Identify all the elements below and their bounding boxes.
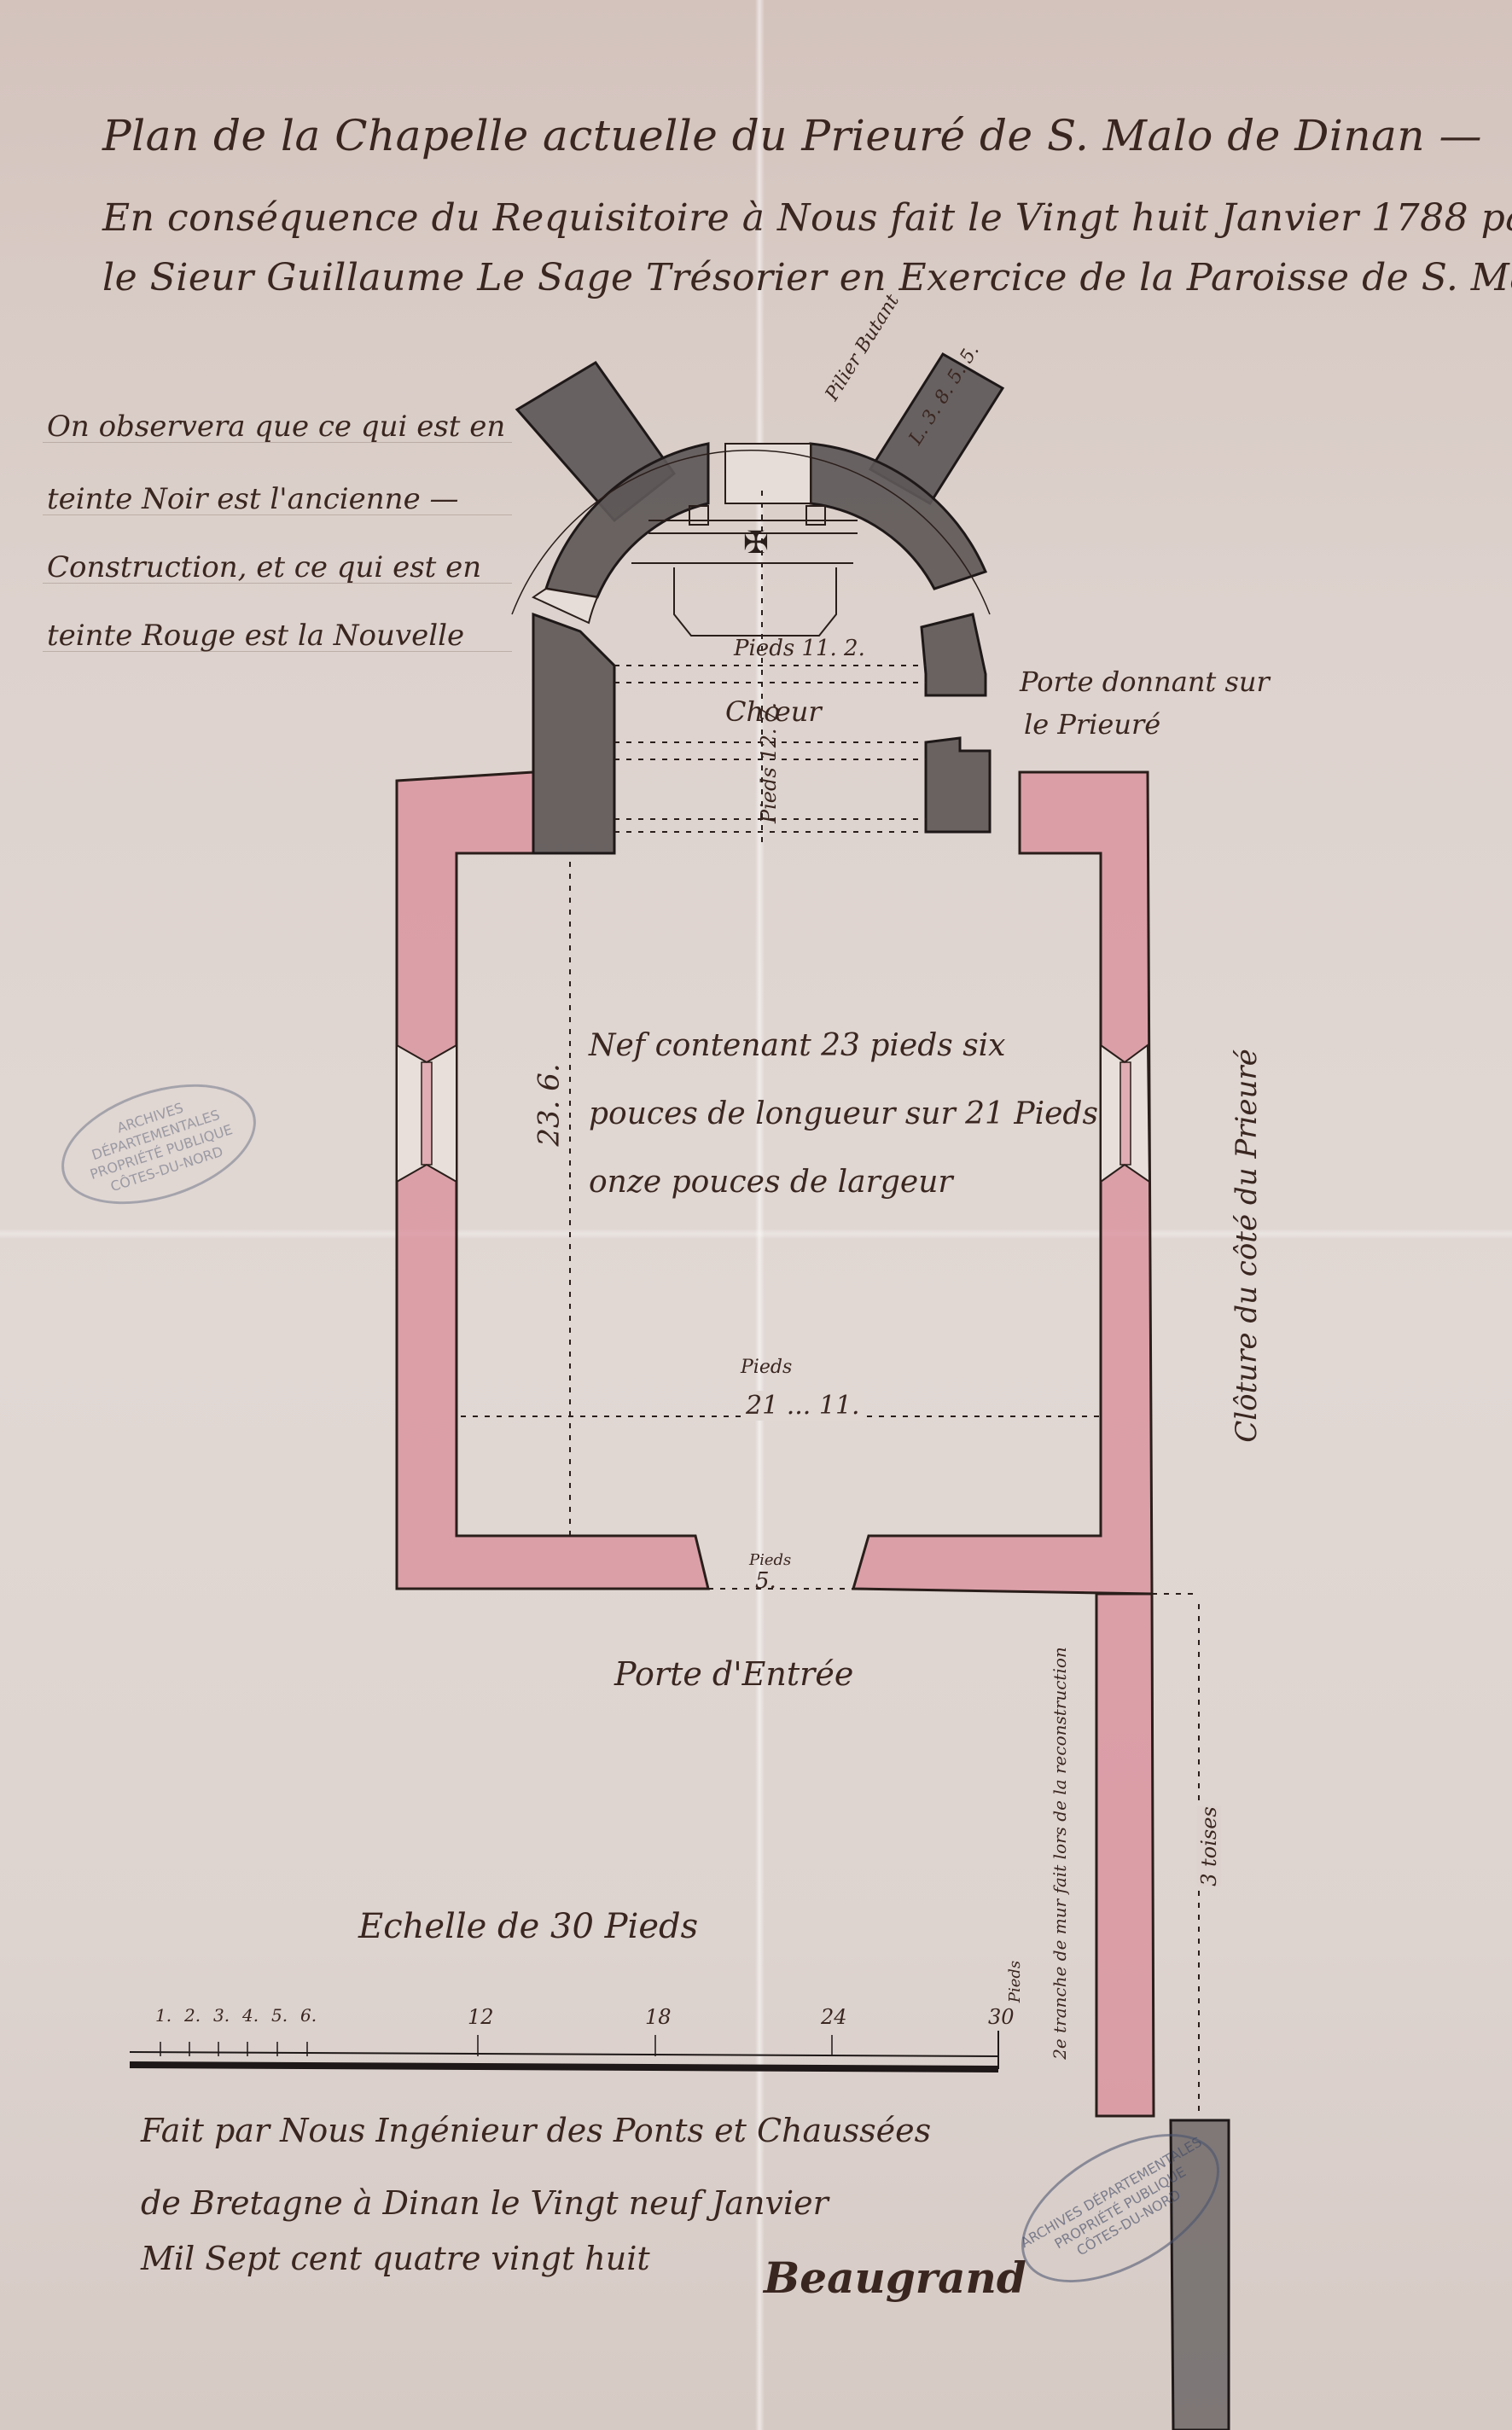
scale-tick-5: 5. xyxy=(271,2005,288,2026)
entrance-label: Porte d'Entrée xyxy=(614,1655,853,1693)
scale-tick-2: 2. xyxy=(184,2005,201,2026)
nave-width-unit: Pieds xyxy=(741,1357,792,1378)
scale-tick-1: 1. xyxy=(155,2005,172,2026)
side-door-label-2: le Prieuré xyxy=(1024,708,1160,741)
scale-tick-24: 24 xyxy=(821,2005,847,2029)
attestation-line-2: de Bretagne à Dinan le Vingt neuf Janvie… xyxy=(141,2184,829,2222)
nave-width-dimension: 21 ... 11. xyxy=(742,1391,864,1421)
nave-length-dimension: 23. 6. xyxy=(532,1063,567,1146)
scale-bar xyxy=(130,2031,998,2069)
wall-reconstruction-note: 2e tranche de mur fait lors de la recons… xyxy=(1050,1647,1070,2060)
scale-tick-4: 4. xyxy=(242,2005,259,2026)
document-sheet: Plan de la Chapelle actuelle du Prieuré … xyxy=(0,0,1512,2430)
choir-dimension: Pieds 12. 7. xyxy=(757,702,781,823)
scale-tick-3: 3. xyxy=(213,2005,230,2026)
door-dimension: 5. xyxy=(755,1568,776,1594)
door-unit: Pieds xyxy=(749,1551,791,1569)
signature: Beaugrand xyxy=(764,2253,1026,2303)
nave-description-line-2: pouces de longueur sur 21 Pieds xyxy=(589,1096,1098,1131)
scale-title: Echelle de 30 Pieds xyxy=(358,1907,698,1946)
side-door-label: Porte donnant sur xyxy=(1020,666,1270,698)
cross-icon: ✠ xyxy=(743,526,769,561)
scale-tick-18: 18 xyxy=(645,2005,672,2029)
scale-tick-30: 30 xyxy=(988,2005,1015,2029)
enclosure-label: Clôture du côté du Prieuré xyxy=(1230,1049,1264,1443)
floor-plan-drawing: ✠ xyxy=(0,0,1512,2430)
toises-label: 3 toises xyxy=(1197,1806,1221,1886)
scale-tick-12: 12 xyxy=(468,2005,494,2029)
nave-description-line-3: onze pouces de largeur xyxy=(589,1165,953,1200)
apse-dimension: Pieds 11. 2. xyxy=(734,636,865,661)
scale-tick-6: 6. xyxy=(300,2005,317,2026)
attestation-line-3: Mil Sept cent quatre vingt huit xyxy=(141,2240,650,2277)
nave-description-line-1: Nef contenant 23 pieds six xyxy=(589,1028,1005,1063)
scale-unit: Pieds xyxy=(1006,1961,1024,2003)
attestation-line-1: Fait par Nous Ingénieur des Ponts et Cha… xyxy=(141,2112,931,2149)
